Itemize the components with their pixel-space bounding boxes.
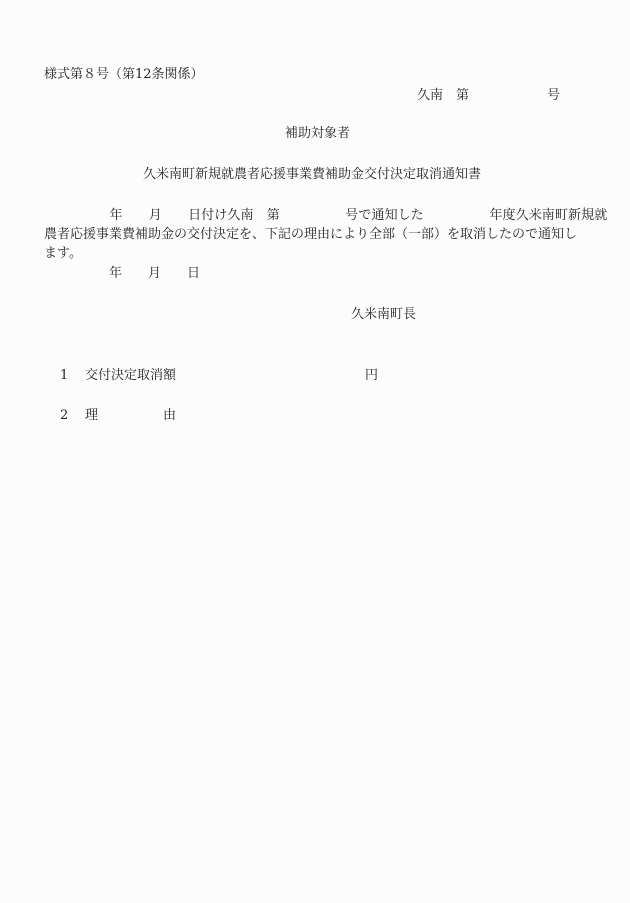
- issuer-name: 久米南町長: [351, 306, 416, 323]
- body-line-2: 農者応援事業費補助金の交付決定を、下記の理由により全部（一部）を取消したので通知…: [44, 226, 577, 243]
- item-number: 1: [60, 367, 68, 384]
- item-label: 交付決定取消額: [85, 367, 176, 384]
- date-line: 年 月 日: [44, 265, 200, 282]
- item-unit: 円: [365, 367, 378, 384]
- document-title: 久米南町新規就農者応援事業費補助金交付決定取消通知書: [143, 166, 481, 183]
- body-line-3: ます。: [44, 245, 82, 262]
- body-line-1: 年 月 日付け久南 第 号で通知した 年度久米南町新規就: [44, 207, 607, 224]
- reference-number: 久南 第 号: [417, 87, 560, 104]
- item-label: 理 由: [85, 407, 176, 424]
- form-label: 様式第８号（第12条関係）: [44, 66, 204, 83]
- item-number: 2: [60, 407, 68, 424]
- recipient-label: 補助対象者: [285, 125, 350, 142]
